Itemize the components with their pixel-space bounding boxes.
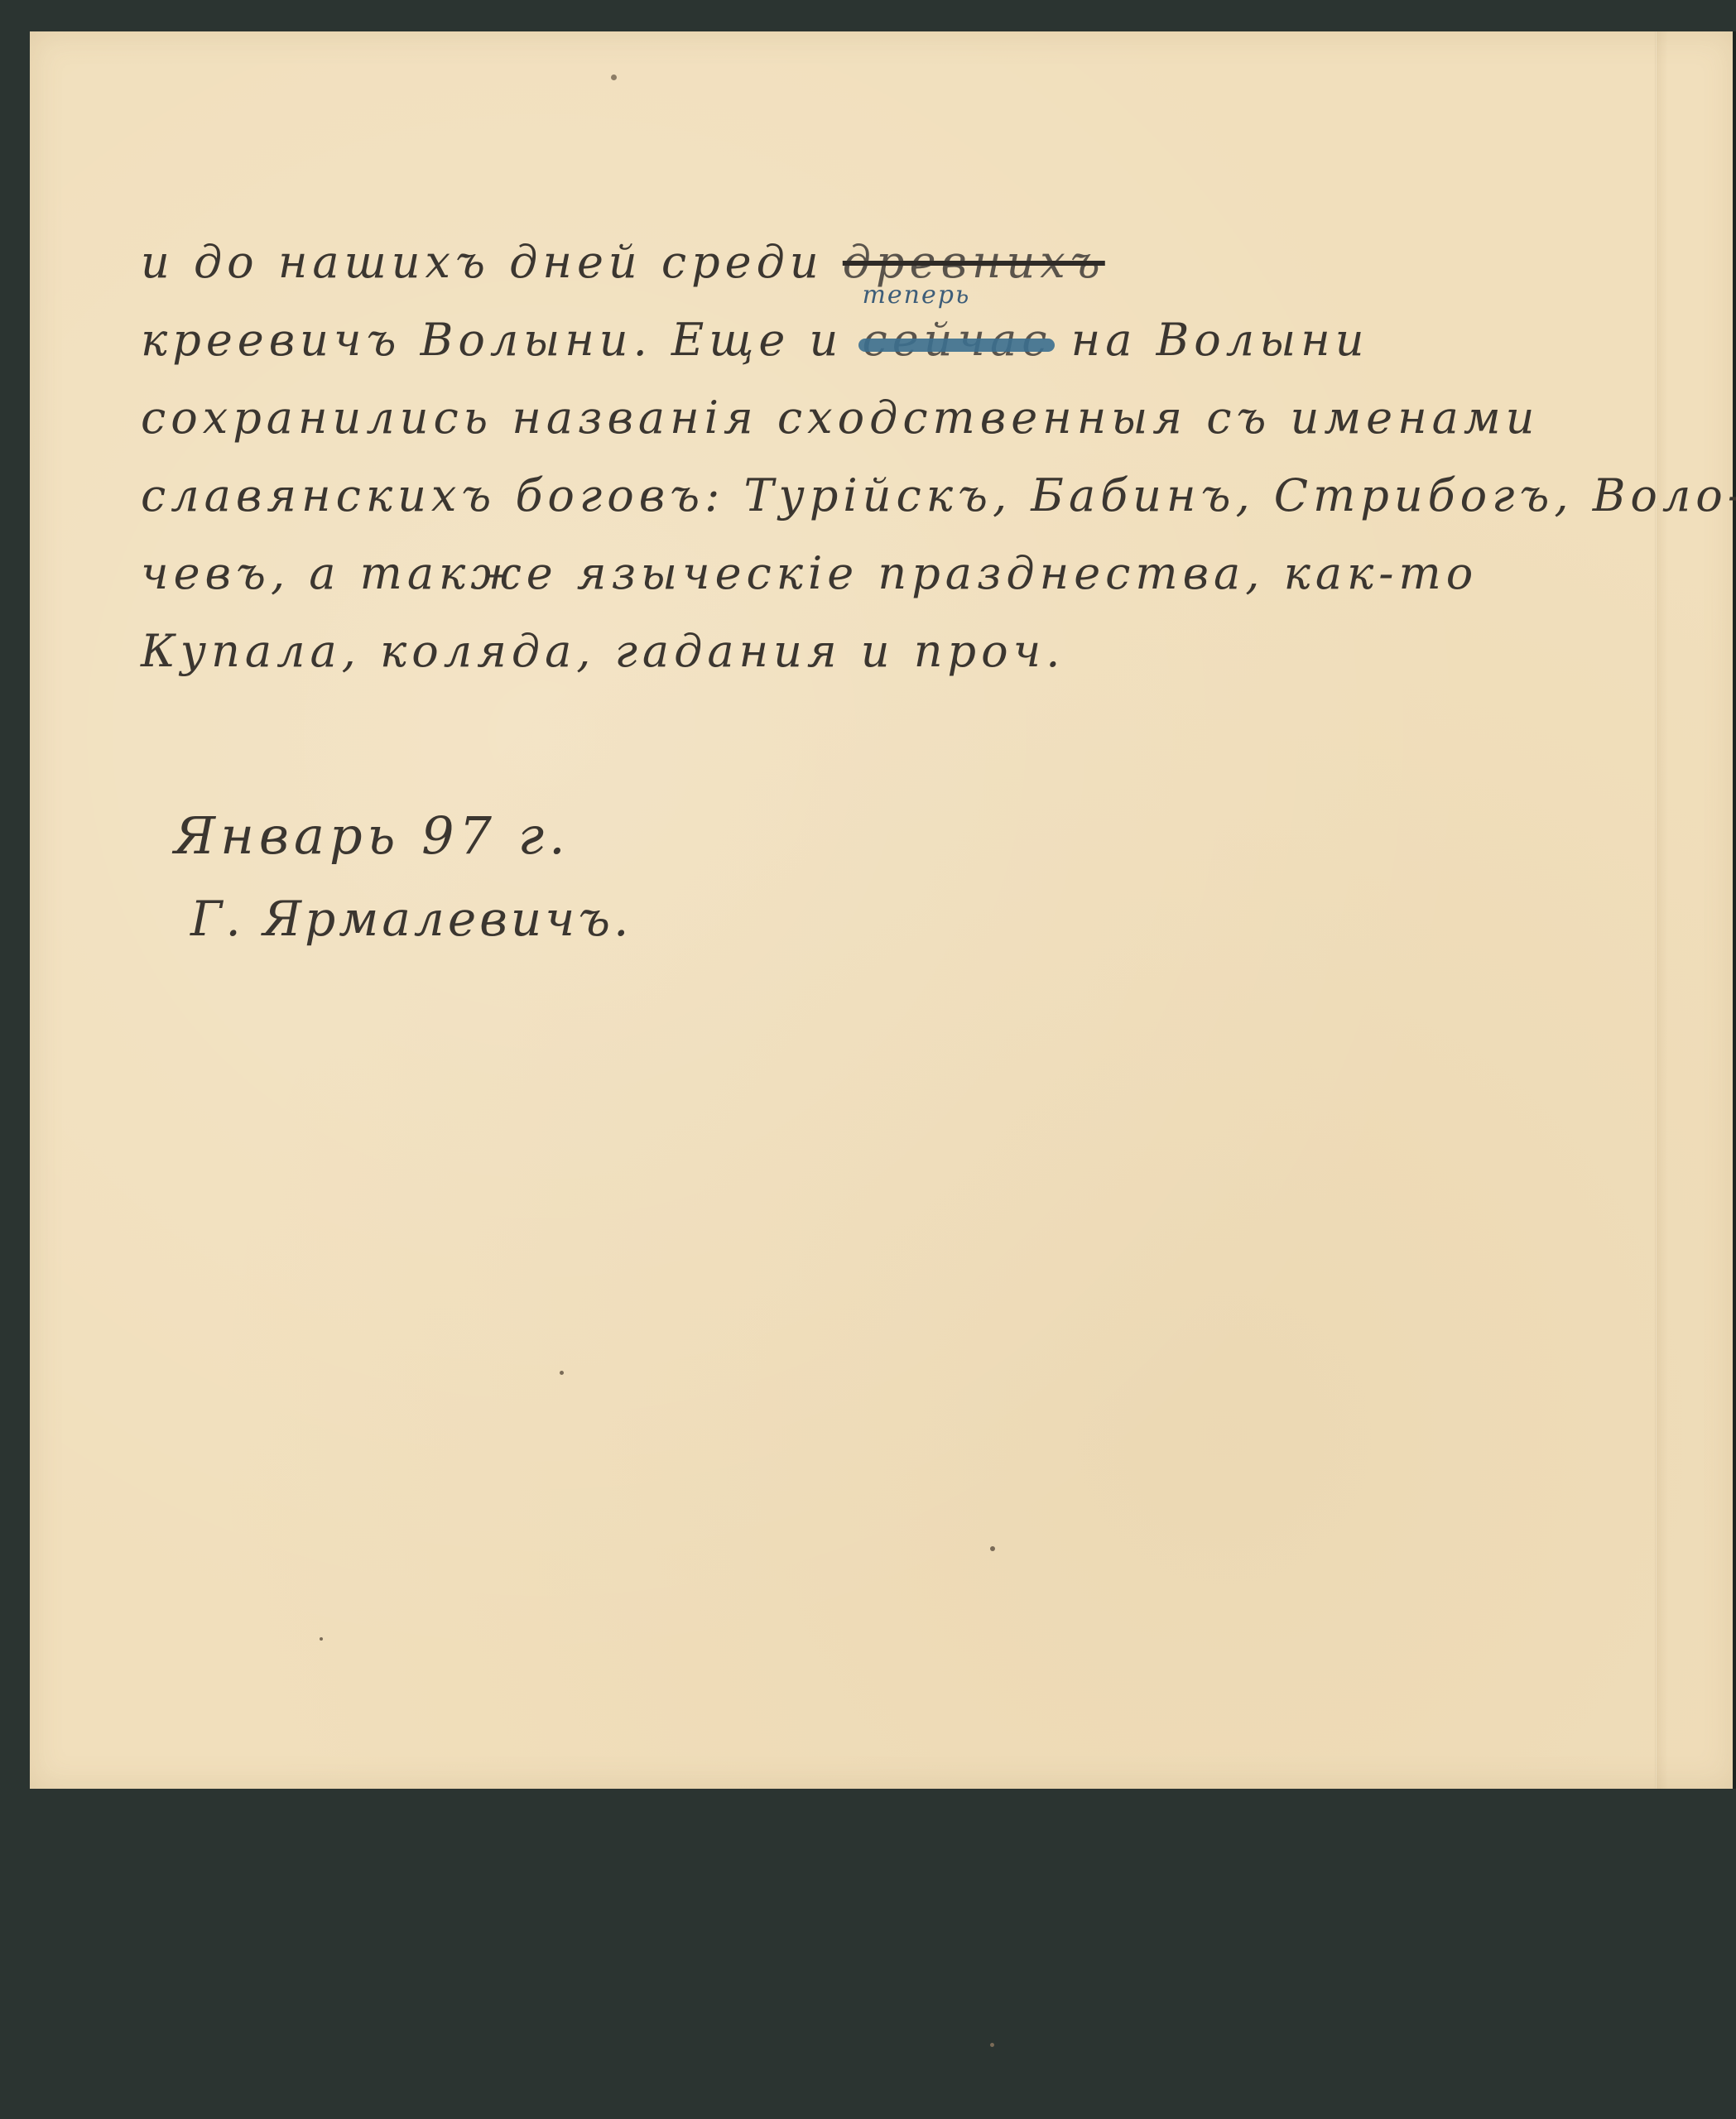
text-segment: Купала, коляда, гадания и проч. [141,625,1065,677]
text-segment: креевичъ Волыни. Еще и [141,314,862,366]
paper-speck [990,2043,994,2047]
interlinear-insertion: теперь [862,283,970,308]
fold-shadow [1657,31,1668,1789]
struck-word-text: сейчас [862,314,1051,366]
date-line: Январь 97 г. [174,795,632,877]
closing-block: Январь 97 г. Г. Ярмалевичъ. [174,795,632,960]
paper-speck [320,1637,323,1641]
signature: Г. Ярмалевичъ. [190,877,632,960]
text-segment: и до нашихъ дней среди [141,236,843,288]
page-edge [1733,31,1736,1789]
manuscript-line: чевъ, а также языческіе празднества, как… [141,535,1631,613]
paper-speck [990,1546,995,1551]
manuscript-line: сохранились названія сходственныя съ име… [141,379,1631,457]
text-segment: чевъ, а также языческіе празднества, как… [141,547,1478,599]
text-segment: на Волыни [1051,314,1368,366]
manuscript-body: и до нашихъ дней среди древнихъ креевичъ… [141,223,1631,690]
manuscript-line: Купала, коляда, гадания и проч. [141,613,1631,690]
manuscript-line: креевичъ Волыни. Еще и теперьсейчас на В… [141,301,1631,379]
text-segment: славянскихъ боговъ: Турійскъ, Бабинъ, Ст… [141,469,1736,521]
paper-speck [560,1371,564,1375]
blue-struck-word: теперьсейчас [862,301,1051,379]
manuscript-line: славянскихъ боговъ: Турійскъ, Бабинъ, Ст… [141,457,1631,535]
paper-mark [611,74,617,80]
text-segment: сохранились названія сходственныя съ име… [141,392,1539,444]
